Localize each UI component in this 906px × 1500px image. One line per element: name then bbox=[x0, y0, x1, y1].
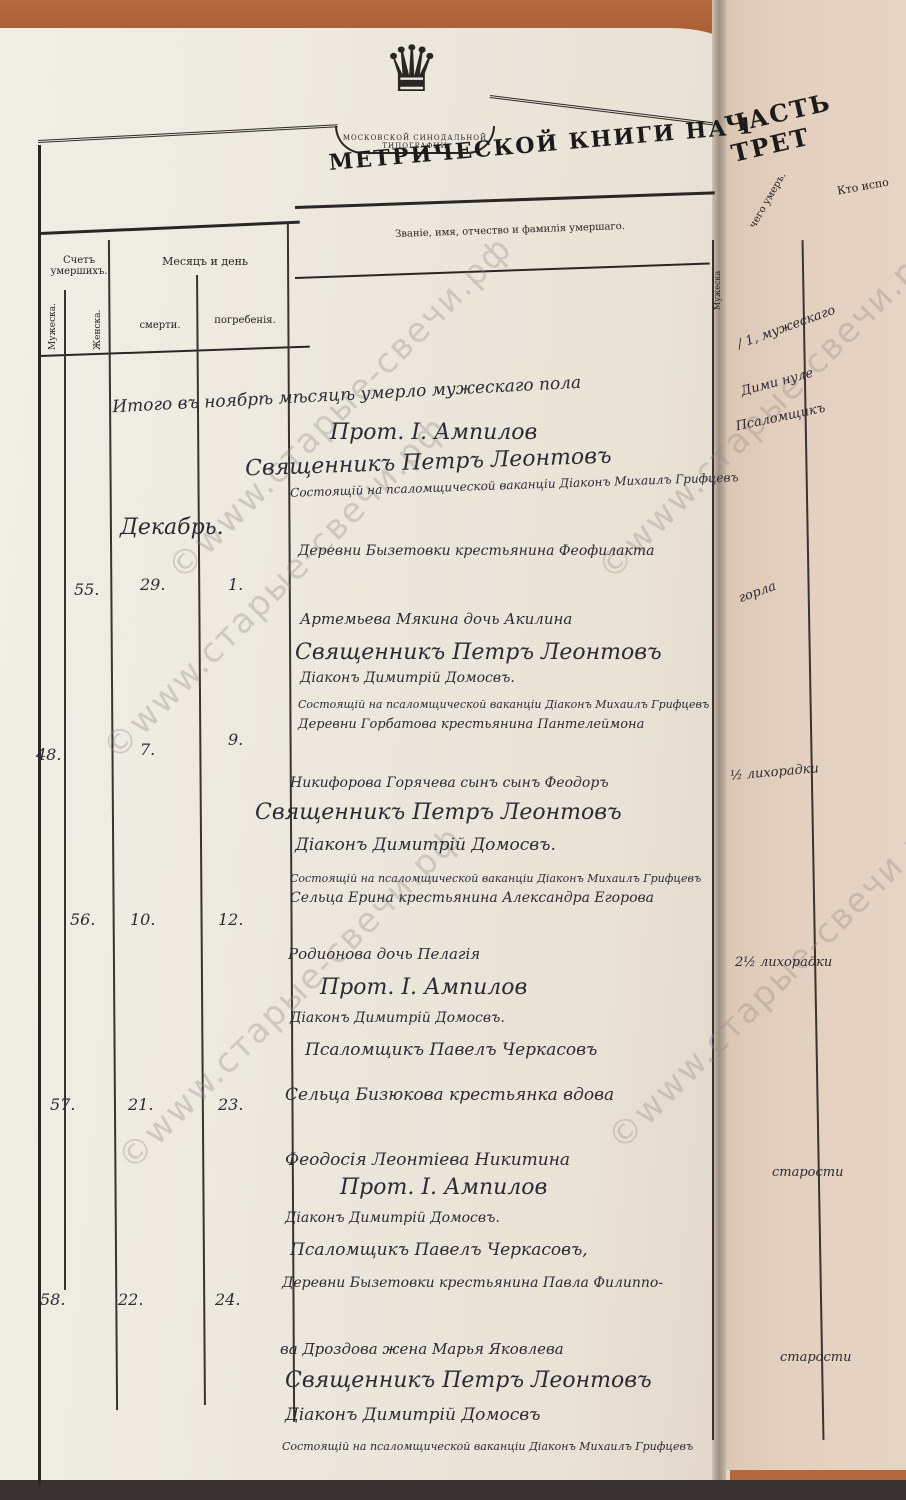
death-day: 10. bbox=[130, 910, 155, 929]
death-day: 29. bbox=[140, 575, 165, 594]
entry-name-line: Деревни Бызетовки крестьянина Павла Фили… bbox=[282, 1275, 663, 1291]
month-label: Декабрь. bbox=[120, 515, 224, 540]
entry-name-line: Никифорова Горячева сынъ сынъ Феодоръ bbox=[290, 775, 609, 791]
entry-signature: Состоящій на псаломщической ваканціи Діа… bbox=[298, 698, 709, 711]
col-line-male bbox=[64, 290, 66, 1290]
entry-name-line: Феодосія Леонтіева Никитина bbox=[285, 1150, 570, 1170]
entry-signature: Діаконъ Димитрій Домосвъ. bbox=[295, 835, 556, 855]
summary-signature-archpriest: Прот. І. Ампилов bbox=[330, 420, 537, 445]
burial-day: 12. bbox=[218, 910, 243, 929]
entry-signature: Діаконъ Димитрій Домосвъ bbox=[285, 1405, 540, 1425]
entry-name-line: Сельца Бизюкова крестьянка вдова bbox=[285, 1085, 614, 1105]
entry-signature: Псаломщикъ Павелъ Черкасовъ bbox=[305, 1040, 597, 1060]
cause-of-death: старости bbox=[780, 1350, 852, 1365]
entry-signature: Священникъ Петръ Леонтовъ bbox=[285, 1368, 652, 1393]
header-count-group: Счетъ умершихъ. bbox=[48, 255, 110, 277]
entry-name-line: Родионова дочь Пелагія bbox=[288, 945, 480, 963]
burial-day: 1. bbox=[228, 575, 243, 594]
entry-name-line: Деревни Горбатова крестьянина Пантелеймо… bbox=[298, 717, 644, 732]
double-headed-eagle-icon: ♛ bbox=[383, 38, 440, 102]
header-female: Женска. bbox=[93, 295, 103, 350]
entry-name-line: ва Дроздова жена Марья Яковлева bbox=[280, 1340, 564, 1358]
header-month-day: Месяцъ и день bbox=[120, 255, 290, 268]
death-day: 22. bbox=[118, 1290, 143, 1309]
female-count: 55. bbox=[74, 580, 99, 599]
entry-signature: Прот. І. Ампилов bbox=[340, 1175, 547, 1200]
burial-day: 9. bbox=[228, 730, 243, 749]
female-count: 56. bbox=[70, 910, 95, 929]
frame-border-left bbox=[38, 145, 41, 1485]
cause-of-death: старости bbox=[772, 1165, 844, 1180]
entry-signature: Священникъ Петръ Леонтовъ bbox=[255, 800, 622, 825]
female-count: 58. bbox=[40, 1290, 65, 1309]
entry-signature: Состоящій на псаломщической ваканціи Діа… bbox=[290, 872, 701, 885]
header-burial: погребенія. bbox=[200, 315, 290, 326]
entry-signature: Псаломщикъ Павелъ Черкасовъ, bbox=[290, 1240, 588, 1260]
col-line-name-right bbox=[712, 240, 714, 1440]
header-male: Мужеска. bbox=[48, 295, 58, 350]
burial-day: 23. bbox=[218, 1095, 243, 1114]
entry-name-line: Сельца Ерина крестьянина Александра Егор… bbox=[290, 890, 654, 906]
header-death: смерти. bbox=[115, 320, 205, 331]
entry-signature: Прот. І. Ампилов bbox=[320, 975, 527, 1000]
burial-day: 24. bbox=[215, 1290, 240, 1309]
entry-signature: Діаконъ Димитрій Домосвъ. bbox=[300, 670, 515, 686]
male-count: 48. bbox=[36, 745, 61, 764]
entry-signature: Діаконъ Димитрій Домосвъ. bbox=[290, 1010, 505, 1026]
death-day: 7. bbox=[140, 740, 155, 759]
entry-signature: Состоящій на псаломщической ваканціи Діа… bbox=[282, 1440, 693, 1453]
right-page bbox=[712, 0, 906, 1470]
entry-signature: Діаконъ Димитрій Домосвъ. bbox=[285, 1210, 500, 1226]
female-count: 57. bbox=[50, 1095, 75, 1114]
entry-signature: Священникъ Петръ Леонтовъ bbox=[295, 640, 662, 665]
book-gutter bbox=[712, 0, 726, 1480]
death-day: 21. bbox=[128, 1095, 153, 1114]
entry-name-line: Артемьева Мякина дочь Акилина bbox=[300, 610, 572, 628]
cause-of-death: 2½ лихорадки bbox=[735, 955, 832, 970]
entry-name-line: Деревни Бызетовки крестьянина Феофилакта bbox=[298, 543, 654, 559]
bottom-shadow bbox=[0, 1480, 906, 1500]
header-right-male: Мужеска bbox=[713, 250, 722, 310]
